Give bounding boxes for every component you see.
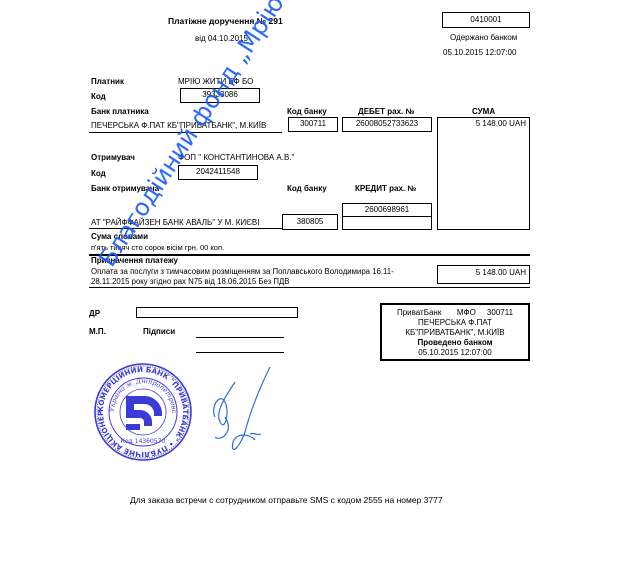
purpose-line-2: 28.11.2015 року згідно рах N75 від 18.06… — [91, 277, 289, 286]
recipient-name: ФОП " КОНСТАНТИНОВА А.В." — [178, 153, 294, 162]
credit-account-box-lower — [342, 216, 432, 230]
bank-seal-icon: КОМЕРЦІЙНИЙ БАНК "ПРИВАТБАНК" • ПУБЛІЧНЕ… — [92, 362, 194, 462]
bank-stamp-mfo-label: МФО — [457, 308, 476, 317]
form-code-box: 0410001 — [442, 12, 530, 28]
payer-bank-code-box: 300711 — [288, 117, 338, 132]
recipient-label: Отримувач — [91, 153, 135, 162]
payer-bank-code-label: Код банку — [287, 107, 327, 116]
dr-field — [136, 307, 298, 318]
payer-code-label: Код — [91, 92, 106, 101]
signature-icon — [195, 362, 285, 462]
purpose-amount-box: 5 148.00 UAH — [437, 265, 530, 284]
debit-account-box: 26008052733623 — [342, 117, 432, 132]
bank-stamp-box: ПриватБанк МФО 300711 ПЕЧЕРСЬКА Ф.ПАТ КБ… — [380, 303, 530, 361]
signature-line-2 — [196, 352, 284, 353]
recipient-code-box: 2042411548 — [178, 165, 258, 180]
bank-stamp-branch-2: КБ"ПРИВАТБАНК", М.КИЇВ — [382, 328, 528, 338]
recipient-bank-code-box: 380805 — [282, 214, 338, 230]
received-label: Одержано банком — [450, 33, 517, 42]
signatures-label: Підписи — [143, 327, 175, 336]
payer-bank-label: Банк платника — [91, 107, 149, 116]
bank-stamp-header: ПриватБанк МФО 300711 — [382, 308, 528, 318]
purpose-divider — [89, 287, 530, 288]
sms-note: Для заказа встречи с сотрудником отправь… — [130, 495, 443, 505]
received-datetime: 05.10.2015 12:07:00 — [443, 48, 516, 57]
recipient-code-label: Код — [91, 169, 106, 178]
signature-line-1 — [196, 337, 284, 338]
bank-stamp-datetime: 05.10.2015 12:07:00 — [382, 348, 528, 358]
amount-label: СУМА — [472, 107, 495, 116]
purpose-line-1: Оплата за послуги з тимчасовим розміщенн… — [91, 267, 394, 276]
debit-account-label: ДЕБЕТ рах. № — [358, 107, 414, 116]
amount-box: 5 148.00 UAH — [437, 117, 530, 230]
bank-stamp-status: Проведено банком — [382, 338, 528, 348]
payer-label: Платник — [91, 77, 124, 86]
bank-stamp-bank: ПриватБанк — [397, 308, 441, 317]
recipient-bank-code-label: Код банку — [287, 184, 327, 193]
mp-label: М.П. — [89, 327, 106, 336]
bank-stamp-mfo: 300711 — [487, 308, 513, 317]
seal-code-text: Код 14360570 — [121, 438, 166, 445]
credit-account-label: КРЕДИТ рах. № — [355, 184, 416, 193]
amount-value: 5 148.00 UAH — [476, 119, 526, 128]
bank-stamp-branch-1: ПЕЧЕРСЬКА Ф.ПАТ — [382, 318, 528, 328]
dr-label: ДР — [89, 309, 100, 318]
credit-account-box: 2600698961 — [342, 203, 432, 217]
